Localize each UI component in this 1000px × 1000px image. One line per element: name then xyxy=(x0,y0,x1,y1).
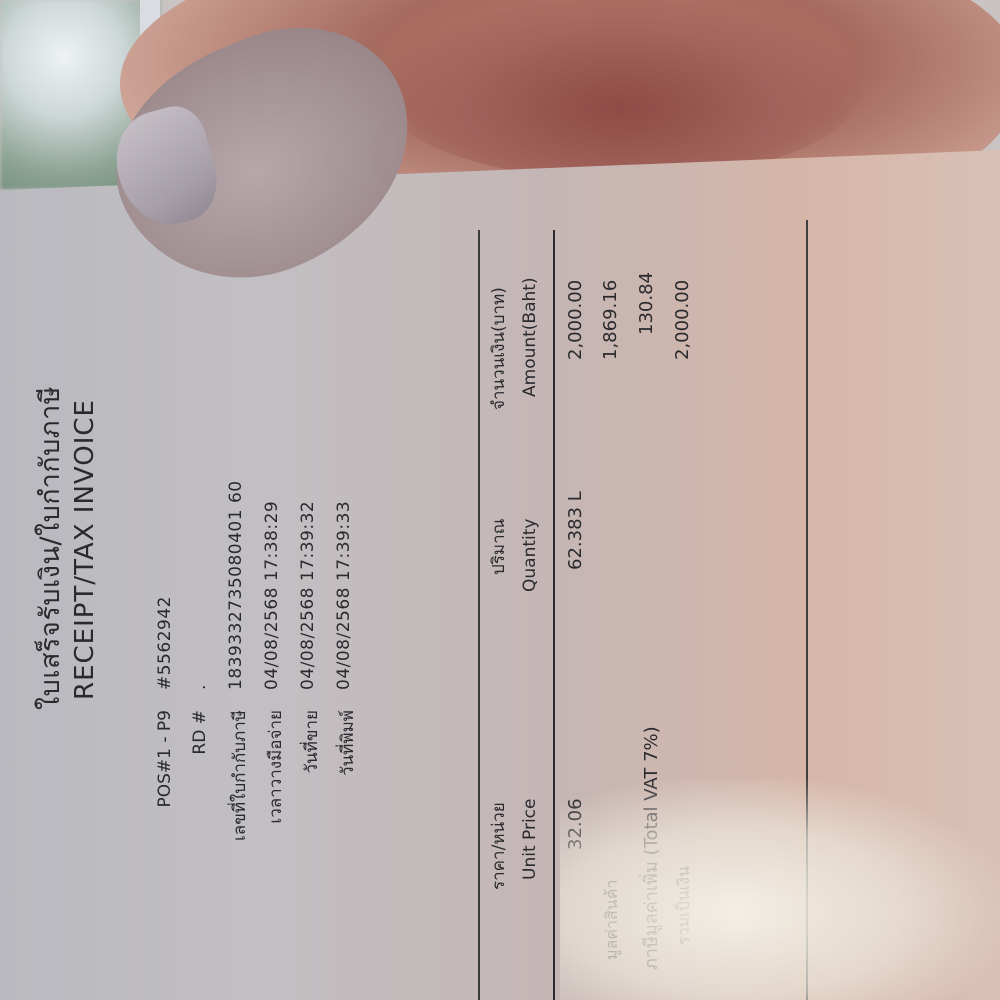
payment-time-label: เวลาวางมือจ่าย xyxy=(262,710,289,920)
tax-invoice-label: เลขที่ใบกำกับภาษี xyxy=(226,710,253,920)
item-amount: 2,000.00 xyxy=(565,280,586,360)
header-amount-th: จำนวนเงิน(บาท) xyxy=(485,287,512,410)
sale-date: 04/08/2568 17:39:32 xyxy=(298,501,318,690)
subtotal-label: มูลค่าสินค้า xyxy=(600,880,625,960)
header-unit-price-en: Unit Price xyxy=(520,799,540,880)
header-quantity-en: Quantity xyxy=(520,519,540,592)
header-amount-en: Amount(Baht) xyxy=(520,277,540,397)
title-thai: ใบเสร็จรับเงิน/ใบกำกับภาษี xyxy=(28,386,71,710)
table-top-rule xyxy=(478,230,480,1000)
sale-date-label: วันที่ขาย xyxy=(298,710,325,920)
pos-label: POS#1 - P9 xyxy=(155,710,175,920)
subtotal-value: 1,869.16 xyxy=(600,280,621,360)
total-label: รวมเป็นเงิน xyxy=(672,866,697,945)
vat-label: ภาษีมูลค่าเพิ่ม (Total VAT 7%) xyxy=(636,726,665,970)
receipt-content: ใบเสร็จรับเงิน/ใบกำกับภาษี RECEIPT/TAX I… xyxy=(0,0,1000,1000)
vat-value: 130.84 xyxy=(636,272,657,335)
print-date: 04/08/2568 17:39:33 xyxy=(334,501,354,690)
table-header-rule xyxy=(553,230,555,1000)
item-quantity: 62.383 L xyxy=(565,491,586,570)
total-value: 2,000.00 xyxy=(672,280,693,360)
tax-invoice-number: 1839332735080401 60 xyxy=(226,480,246,690)
rd-value: . xyxy=(190,684,210,690)
title-english: RECEIPT/TAX INVOICE xyxy=(70,399,100,700)
header-quantity-th: ปริมาณ xyxy=(485,519,512,575)
header-unit-price-th: ราคา/หน่วย xyxy=(485,802,512,890)
print-date-label: วันที่พิมพ์ xyxy=(334,710,361,920)
item-unit-price: 32.06 xyxy=(565,798,586,850)
rd-label: RD # xyxy=(190,710,210,920)
payment-time: 04/08/2568 17:38:29 xyxy=(262,501,282,690)
pos-number: #5562942 xyxy=(155,596,175,690)
table-bottom-rule xyxy=(806,220,808,1000)
